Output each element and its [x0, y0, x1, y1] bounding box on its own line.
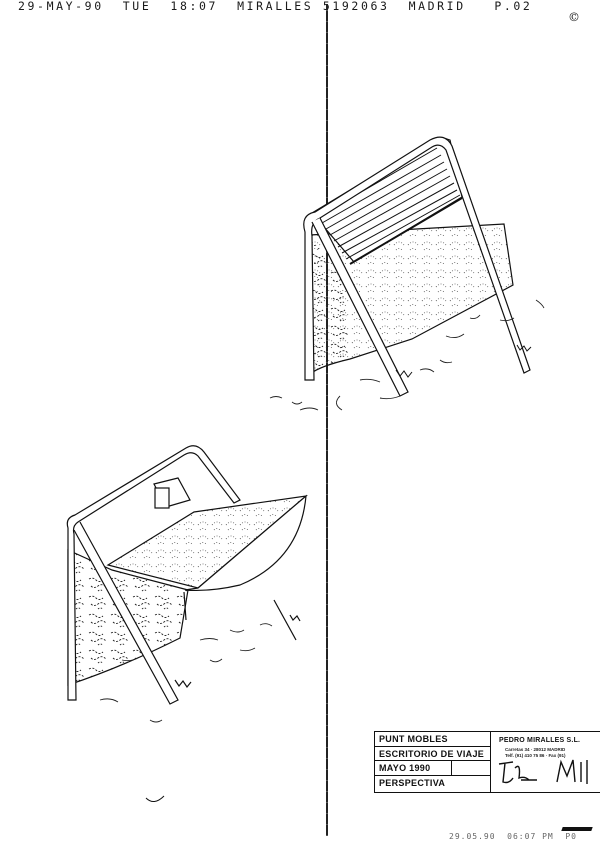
stamp-name: PEDRO MIRALLES S.L.: [499, 737, 580, 744]
footer-date: 29.05.90: [449, 832, 496, 841]
title-date-divider: [451, 761, 452, 775]
fax-footer: 29.05.90 06:07 PM P0: [449, 832, 577, 841]
drawing-canvas: [0, 0, 600, 848]
travel-desk-closed: [270, 137, 544, 410]
title-block-fields: PUNT MOBLES ESCRITORIO DE VIAJE MAYO 199…: [374, 731, 491, 793]
title-block: PUNT MOBLES ESCRITORIO DE VIAJE MAYO 199…: [374, 731, 600, 793]
footer-time: 06:07 PM: [507, 832, 554, 841]
footer-code: P0: [565, 832, 577, 841]
stamp-address: Carretas 34 · 28012 MADRID: [505, 747, 565, 752]
travel-desk-open: [67, 446, 306, 802]
designer-stamp: PEDRO MIRALLES S.L. Carretas 34 · 28012 …: [490, 731, 600, 793]
title-project: ESCRITORIO DE VIAJE: [375, 747, 491, 762]
fax-footer-mark: [561, 827, 592, 831]
title-view: PERSPECTIVA: [375, 776, 491, 791]
title-date-text: MAYO 1990: [379, 763, 430, 773]
title-company: PUNT MOBLES: [375, 732, 491, 747]
signature-icon: [495, 754, 595, 788]
title-date: MAYO 1990: [375, 761, 491, 776]
